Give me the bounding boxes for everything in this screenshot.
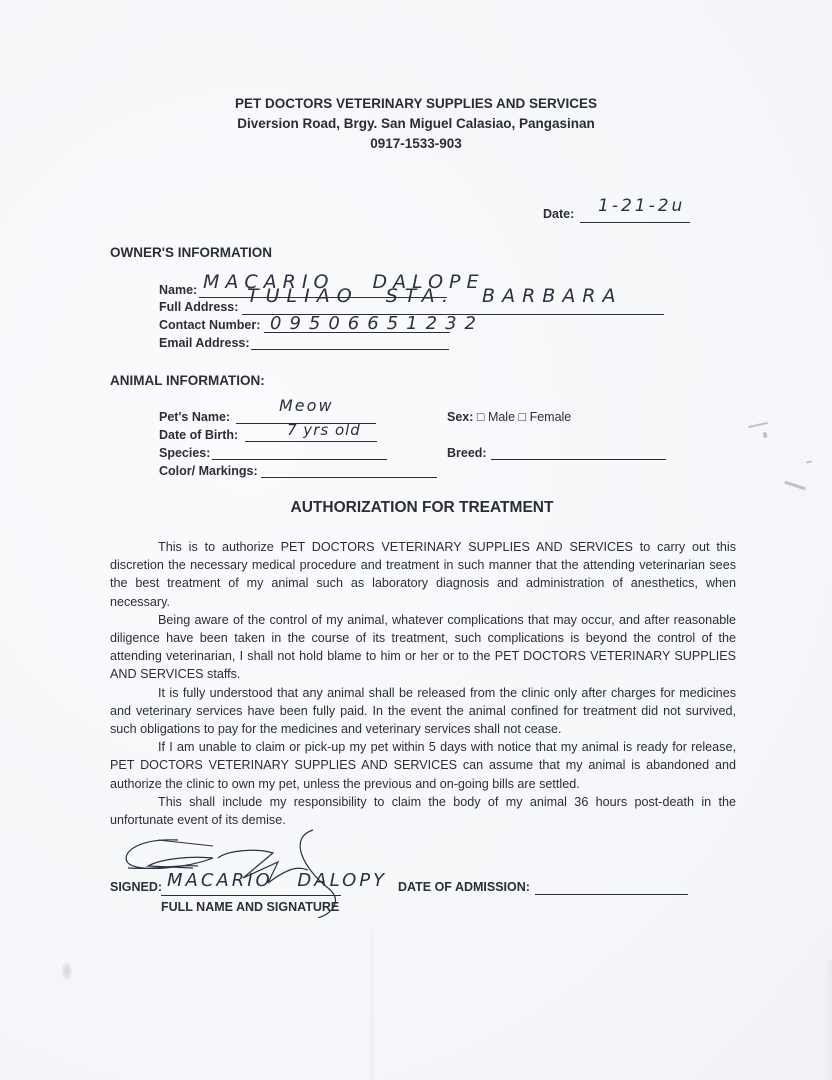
authorization-paragraph: If I am unable to claim or pick-up my pe… <box>110 738 736 793</box>
checkbox-icon: □ <box>519 410 527 424</box>
authorization-paragraph: Being aware of the control of my animal,… <box>110 611 736 684</box>
pet-name-label: Pet's Name: <box>159 410 230 424</box>
authorization-body: This is to authorize PET DOCTORS VETERIN… <box>110 538 736 829</box>
authorization-title: AUTHORIZATION FOR TREATMENT <box>0 499 832 517</box>
owner-email-field[interactable] <box>251 349 449 350</box>
paper-crease <box>370 930 374 1080</box>
date-label: Date: <box>543 207 574 221</box>
owner-contact-field[interactable]: 09506651232 <box>270 313 484 334</box>
authorization-paragraph: This shall include my responsibility to … <box>110 793 736 829</box>
dob-field[interactable]: 7 yrs old <box>287 421 361 439</box>
authorization-paragraph: It is fully understood that any animal s… <box>110 684 736 739</box>
owner-contact-label: Contact Number: <box>159 318 260 332</box>
dob-underline <box>245 441 377 442</box>
sex-label: Sex: <box>447 410 473 424</box>
color-markings-label: Color/ Markings: <box>159 464 258 478</box>
signature-caption: FULL NAME AND SIGNATURE <box>161 900 339 914</box>
signature-underline <box>161 895 341 896</box>
breed-label: Breed: <box>447 446 487 460</box>
male-checkbox[interactable]: □ Male <box>477 410 515 424</box>
animal-section-title: ANIMAL INFORMATION: <box>110 373 265 388</box>
business-address: Diversion Road, Brgy. San Miguel Calasia… <box>0 116 832 131</box>
male-option-label: Male <box>488 410 515 424</box>
checkbox-icon: □ <box>477 410 485 424</box>
sex-row: Sex: □ Male □ Female <box>447 410 571 424</box>
female-checkbox[interactable]: □ Female <box>519 410 572 424</box>
owner-section-title: OWNER'S INFORMATION <box>110 245 272 260</box>
color-markings-field[interactable] <box>261 477 437 478</box>
dob-label: Date of Birth: <box>159 428 238 442</box>
page-edge <box>824 960 832 1080</box>
owner-address-label: Full Address: <box>159 300 238 314</box>
pet-name-field[interactable]: Meow <box>279 396 334 415</box>
authorization-paragraph: This is to authorize PET DOCTORS VETERIN… <box>110 538 736 611</box>
paper-stain <box>62 962 72 980</box>
owner-name-label: Name: <box>159 283 197 297</box>
owner-email-label: Email Address: <box>159 336 250 350</box>
owner-address-field[interactable]: TULIAO STA. BARBARA <box>247 285 623 307</box>
signed-label: SIGNED: <box>110 880 162 894</box>
female-option-label: Female <box>530 410 572 424</box>
signature-field[interactable]: MACARIO DALOPY <box>167 870 387 891</box>
admission-date-label: DATE OF ADMISSION: <box>398 880 530 894</box>
business-name: PET DOCTORS VETERINARY SUPPLIES AND SERV… <box>0 96 832 111</box>
species-field[interactable] <box>212 459 387 460</box>
date-underline <box>580 222 690 223</box>
admission-date-field[interactable] <box>535 894 688 895</box>
species-label: Species: <box>159 446 210 460</box>
breed-field[interactable] <box>491 459 666 460</box>
date-field[interactable]: 1-21-2u <box>598 196 685 216</box>
business-phone: 0917-1533-903 <box>0 136 832 151</box>
